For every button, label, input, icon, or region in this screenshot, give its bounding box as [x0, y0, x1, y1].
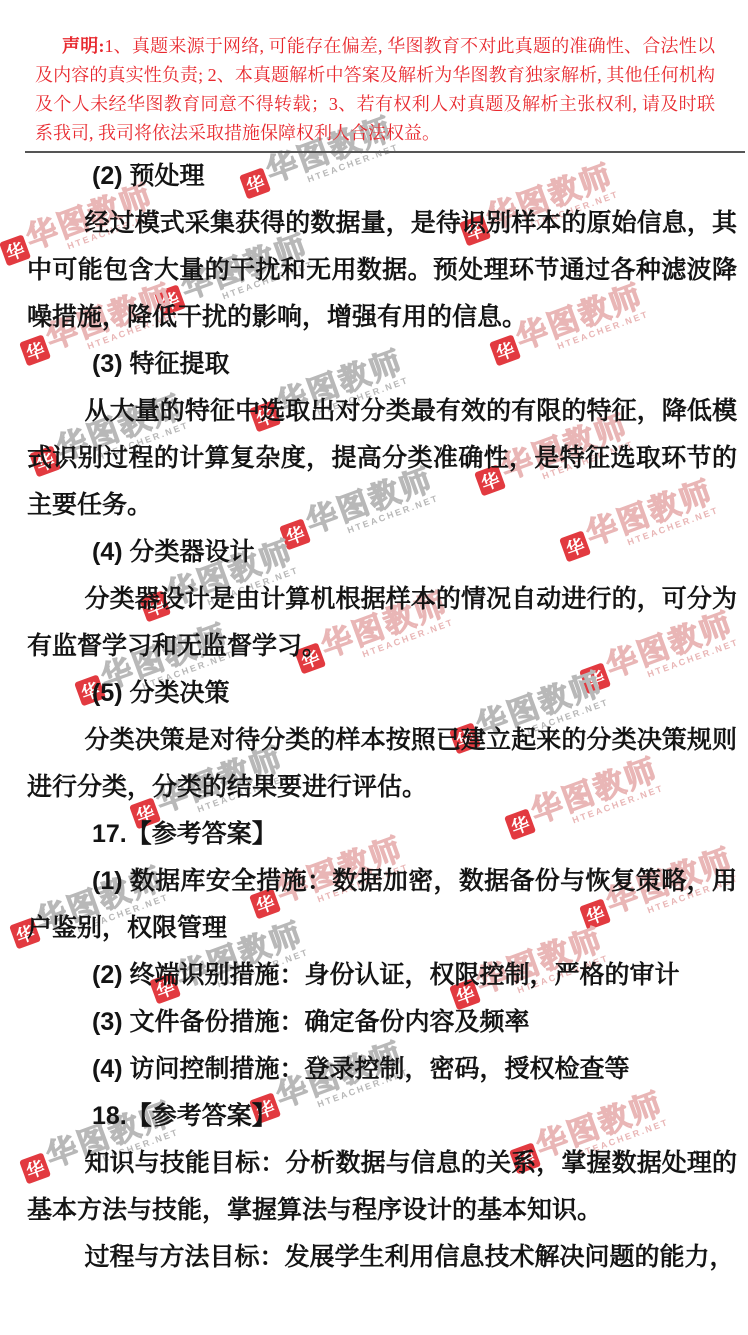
- section-heading: (4) 分类器设计: [27, 529, 737, 576]
- section-heading: 18.【参考答案】: [27, 1093, 737, 1140]
- disclaimer-text: 1、真题来源于网络, 可能存在偏差, 华图教育不对此真题的准确性、合法性以及内容…: [35, 36, 715, 143]
- section-heading: (3) 特征提取: [27, 341, 737, 388]
- body-paragraph: 经过模式采集获得的数据量，是待识别样本的原始信息，其中可能包含大量的干扰和无用数…: [27, 200, 737, 341]
- body-paragraph: (1) 数据库安全措施：数据加密，数据备份与恢复策略，用户鉴别，权限管理: [27, 858, 737, 952]
- document-page: 华华图教师HTEACHER.NET华华图教师HTEACHER.NET华华图教师H…: [0, 0, 748, 1335]
- body-paragraph: 分类决策是对待分类的样本按照已建立起来的分类决策规则进行分类，分类的结果要进行评…: [27, 717, 737, 811]
- section-heading: (2) 预处理: [27, 153, 737, 200]
- body-paragraph: 知识与技能目标：分析数据与信息的关系，掌握数据处理的基本方法与技能，掌握算法与程…: [27, 1140, 737, 1234]
- body-paragraph: (2) 终端识别措施：身份认证，权限控制，严格的审计: [27, 952, 737, 999]
- body-paragraph: (4) 访问控制措施：登录控制，密码，授权检查等: [27, 1046, 737, 1093]
- body-paragraph: (3) 文件备份措施：确定备份内容及频率: [27, 999, 737, 1046]
- document-body: (2) 预处理经过模式采集获得的数据量，是待识别样本的原始信息，其中可能包含大量…: [0, 153, 748, 1281]
- body-paragraph: 过程与方法目标：发展学生利用信息技术解决问题的能力，: [27, 1234, 737, 1281]
- body-paragraph: 从大量的特征中选取出对分类最有效的有限的特征，降低模式识别过程的计算复杂度，提高…: [27, 388, 737, 529]
- disclaimer-label: 声明:: [62, 36, 104, 56]
- section-heading: 17.【参考答案】: [27, 811, 737, 858]
- disclaimer: 声明:1、真题来源于网络, 可能存在偏差, 华图教育不对此真题的准确性、合法性以…: [0, 0, 748, 148]
- section-heading: (5) 分类决策: [27, 670, 737, 717]
- body-paragraph: 分类器设计是由计算机根据样本的情况自动进行的，可分为有监督学习和无监督学习。: [27, 576, 737, 670]
